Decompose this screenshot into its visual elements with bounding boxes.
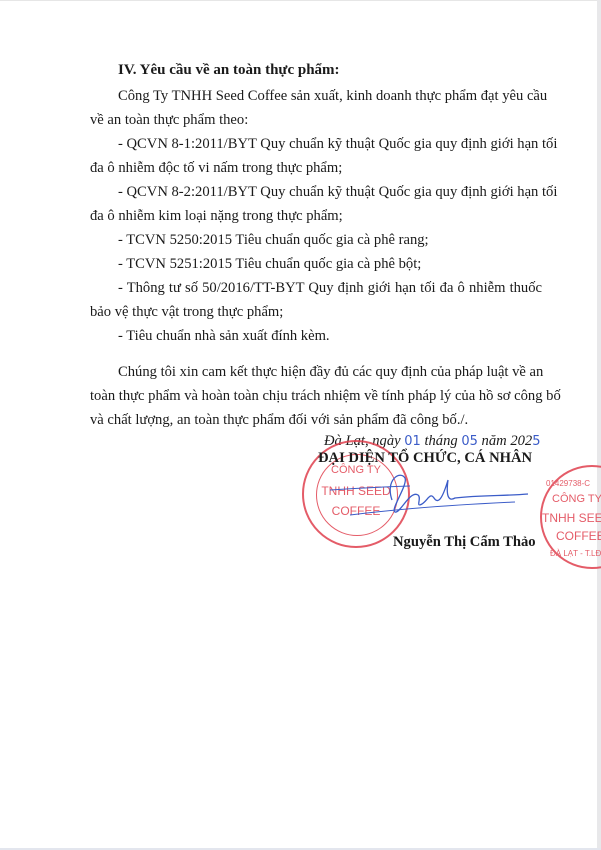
page-edge-right xyxy=(597,0,601,850)
item-2-line-1: - QCVN 8-2:2011/BYT Quy chuẩn kỹ thuật Q… xyxy=(118,183,542,201)
company-stamp-partial: 01429738-C CÔNG TY TNHH SEE COFFEE ĐÀ LẠ… xyxy=(540,465,601,569)
section-heading: IV. Yêu cầu về an toàn thực phẩm: xyxy=(118,61,340,79)
commitment-line-2: toàn thực phẩm và hoàn toàn chịu trách n… xyxy=(90,387,542,405)
intro-line-1: Công Ty TNHH Seed Coffee sản xuất, kinh … xyxy=(118,87,542,105)
stamp-right-ring-bottom: ĐÀ LẠT - T.LĐ xyxy=(550,549,601,558)
date-day: 01 xyxy=(404,434,421,449)
item-5-line-1: - Thông tư số 50/2016/TT-BYT Quy định gi… xyxy=(118,279,542,297)
stamp-right-ring-top: 01429738-C xyxy=(546,479,590,488)
stamp-right-line-1: CÔNG TY xyxy=(552,493,601,505)
page-edge-top xyxy=(0,0,601,1)
item-1-line-1: - QCVN 8-1:2011/BYT Quy chuẩn kỹ thuật Q… xyxy=(118,135,542,153)
commitment-line-1: Chúng tôi xin cam kết thực hiện đầy đủ c… xyxy=(118,363,542,381)
stamp-right-line-3: COFFEE xyxy=(556,529,601,543)
item-1-line-2: đa ô nhiễm độc tố vi nấm trong thực phẩm… xyxy=(90,159,342,177)
item-3: - TCVN 5250:2015 Tiêu chuẩn quốc gia cà … xyxy=(118,231,429,249)
representative-title: ĐẠI DIỆN TỔ CHỨC, CÁ NHÂN xyxy=(318,449,532,467)
signer-name: Nguyễn Thị Cẩm Thảo xyxy=(393,533,536,551)
date-year-digit: 5 xyxy=(532,434,540,449)
date-month: 05 xyxy=(461,434,478,449)
item-6: - Tiêu chuẩn nhà sản xuất đính kèm. xyxy=(118,327,330,345)
date-month-label: tháng xyxy=(421,433,462,449)
signature-icon xyxy=(330,470,530,530)
item-5-line-2: bảo vệ thực vật trong thực phẩm; xyxy=(90,303,283,321)
item-4: - TCVN 5251:2015 Tiêu chuẩn quốc gia cà … xyxy=(118,255,421,273)
item-2-line-2: đa ô nhiễm kim loại nặng trong thực phẩm… xyxy=(90,207,343,225)
stamp-right-line-2: TNHH SEE xyxy=(542,511,601,525)
date-year-label: năm 202 xyxy=(478,433,532,449)
commitment-line-3: và chất lượng, an toàn thực phẩm đối với… xyxy=(90,411,468,429)
intro-line-2: về an toàn thực phẩm theo: xyxy=(90,111,248,129)
